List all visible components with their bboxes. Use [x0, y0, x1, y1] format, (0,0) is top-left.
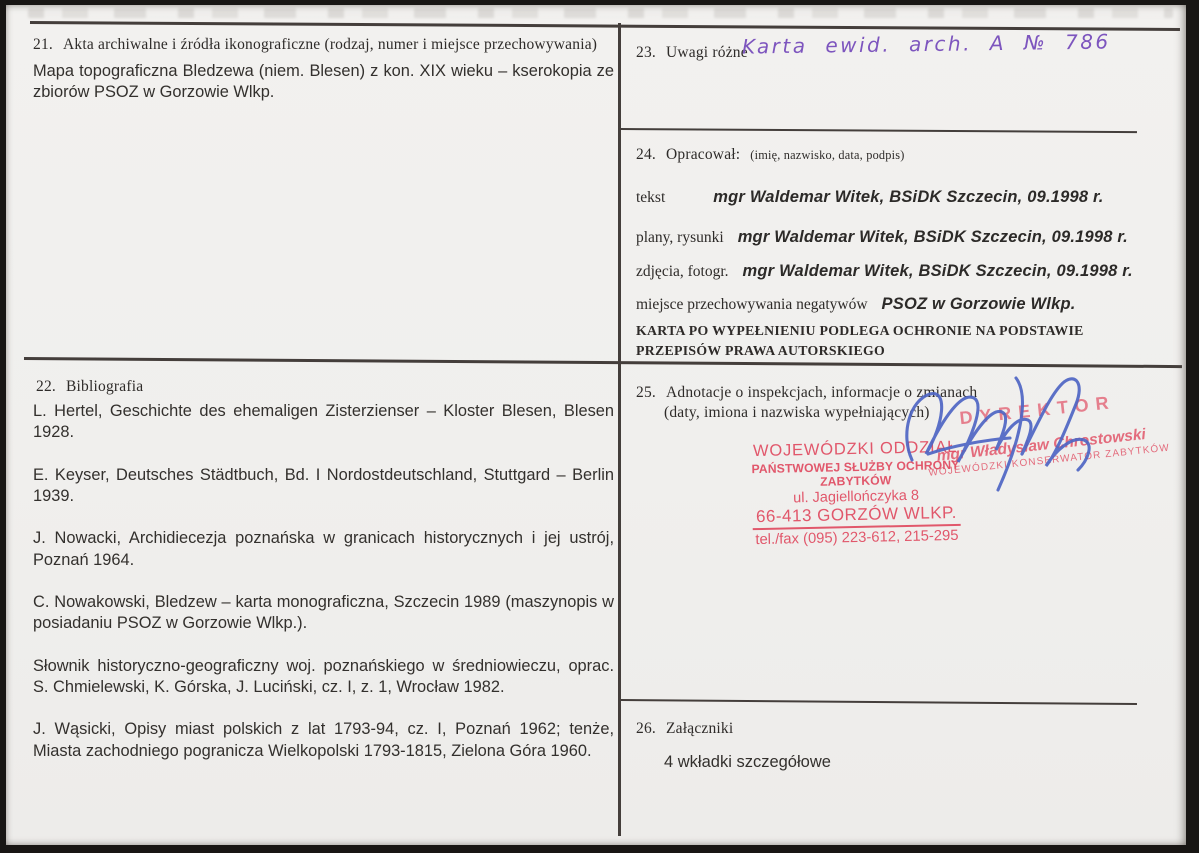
bibliography-list: L. Hertel, Geschichte des ehemaligen Zis…: [33, 401, 614, 783]
section-26-heading: 26.Załączniki: [636, 720, 733, 738]
office-stamp-line4: 66-413 GORZÓW WLKP.: [752, 503, 961, 530]
credit-row-text: tekstmgr Waldemar Witek, BSiDK Szczecin,…: [636, 188, 1104, 207]
copyright-notice: KARTA PO WYPEŁNIENIU PODLEGA OCHRONIE NA…: [636, 321, 1168, 361]
section-23-heading: 23.Uwagi różne: [636, 44, 748, 62]
section-22-title: Bibliografia: [66, 378, 143, 395]
bibliography-entry: L. Hertel, Geschichte des ehemaligen Zis…: [33, 401, 614, 444]
bleed-through-strip: [28, 8, 1173, 18]
section-23-title: Uwagi różne: [666, 44, 748, 61]
section-23-number: 23.: [636, 44, 656, 61]
section-26-number: 26.: [636, 720, 656, 737]
section-21-title: Akta archiwalne i źródła ikonograficzne …: [63, 36, 597, 53]
section-22-number: 22.: [36, 378, 56, 395]
section-25-title-line2: (daty, imiona i nazwiska wypełniających): [664, 404, 930, 422]
section-26-body: 4 wkładki szczegółowe: [664, 753, 831, 772]
credit-row-photos: zdjęcia, fotogr.mgr Waldemar Witek, BSiD…: [636, 262, 1133, 281]
section-22-heading: 22.Bibliografia: [36, 378, 143, 396]
credit-value: mgr Waldemar Witek, BSiDK Szczecin, 09.1…: [738, 228, 1128, 246]
scanned-record-card-page: 21.Akta archiwalne i źródła ikonograficz…: [0, 0, 1199, 853]
column-divider: [618, 23, 621, 836]
section-24-title: Opracował:: [666, 146, 740, 163]
credit-label: miejsce przechowywania negatywów: [636, 296, 868, 313]
credit-label: plany, rysunki: [636, 229, 724, 246]
bibliography-entry: J. Wąsicki, Opisy miast polskich z lat 1…: [33, 719, 614, 762]
credit-label: tekst: [636, 189, 665, 206]
bibliography-entry: E. Keyser, Deutsches Städtbuch, Bd. I No…: [33, 465, 614, 508]
section-21-heading: 21.Akta archiwalne i źródła ikonograficz…: [33, 36, 597, 54]
credit-value: mgr Waldemar Witek, BSiDK Szczecin, 09.1…: [713, 188, 1103, 206]
section-21-body: Mapa topograficzna Bledzewa (niem. Blese…: [33, 61, 614, 104]
credit-value: mgr Waldemar Witek, BSiDK Szczecin, 09.1…: [743, 262, 1133, 280]
section-26-title: Załączniki: [666, 720, 733, 737]
bibliography-entry: Słownik historyczno-geograficzny woj. po…: [33, 656, 614, 699]
handwritten-note: Karta ewid. arch. A № 786: [742, 29, 1111, 58]
section-21-number: 21.: [33, 36, 53, 53]
section-24-hint: (imię, nazwisko, data, podpis): [750, 148, 904, 162]
credit-label: zdjęcia, fotogr.: [636, 263, 729, 280]
section-24-number: 24.: [636, 146, 656, 163]
section-24-heading: 24.Opracował:(imię, nazwisko, data, podp…: [636, 146, 905, 164]
credit-value: PSOZ w Gorzowie Wlkp.: [882, 295, 1076, 313]
signature: [898, 368, 1116, 496]
credit-row-plans: plany, rysunkimgr Waldemar Witek, BSiDK …: [636, 228, 1128, 247]
credit-row-negatives: miejsce przechowywania negatywówPSOZ w G…: [636, 295, 1076, 314]
bibliography-entry: J. Nowacki, Archidiecezja poznańska w gr…: [33, 528, 614, 571]
section-25-number: 25.: [636, 384, 656, 401]
bibliography-entry: C. Nowakowski, Bledzew – karta monografi…: [33, 592, 614, 635]
